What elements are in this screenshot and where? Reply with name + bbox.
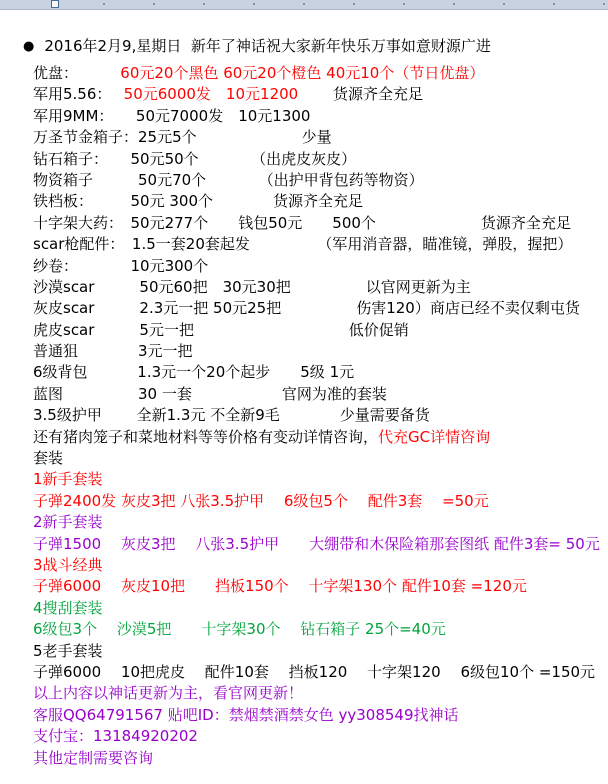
price-line: 军用5.56： 50元6000发 10元1200 货源齐全充足: [33, 84, 608, 105]
price-line: 虎皮scar 5元一把 低价促销: [33, 320, 608, 341]
text-segment: 50元6000发 10元1200: [124, 85, 299, 103]
text-segment: 套装: [33, 449, 63, 467]
text-segment: 客服QQ64791567 贴吧ID：禁烟禁酒禁女色 yy308549找神话: [33, 706, 459, 724]
text-segment: 货源齐全充足: [298, 85, 423, 103]
price-line: 优盘： 60元20个黑色 60元20个橙色 40元10个（节日优盘）: [33, 63, 608, 84]
text-segment: 1新手套装: [33, 470, 103, 488]
date-text: 2016年2月9,星期日 新年了神话祝大家新年快乐万事如意财源广进: [44, 37, 491, 55]
text-segment: 3战斗经典: [33, 556, 103, 574]
price-line: 子弹2400发 灰皮3把 八张3.5护甲 6级包5个 配件3套 =50元: [33, 491, 608, 512]
price-line: 6级背包 1.3元一个20个起步 5级 1元: [33, 362, 608, 383]
price-line: 蓝图 30 一套 官网为准的套装: [33, 384, 608, 405]
text-segment: 还有猪肉笼子和菜地材料等等价格有变动详情咨询，: [33, 428, 378, 446]
price-line: 3.5级护甲 全新1.3元 不全新9毛 少量需要备货: [33, 405, 608, 426]
text-segment: 铁档板： 50元 300个 货源齐全充足: [33, 192, 363, 210]
text-segment: 3.5级护甲 全新1.3元 不全新9毛 少量需要备货: [33, 406, 430, 424]
text-segment: 2新手套装: [33, 513, 103, 531]
price-line: 灰皮scar 2.3元一把 50元25把 伤害120）商店已经不卖仅剩屯货: [33, 298, 608, 319]
text-segment: 十字架大药： 50元277个 钱包50元 500个 货源齐全充足: [33, 214, 571, 232]
price-line: 子弹6000 灰皮10把 挡板150个 十字架130个 配件10套 =120元: [33, 576, 608, 597]
text-segment: 5老手套装: [33, 642, 103, 660]
price-line: 子弹6000 10把虎皮 配件10套 挡板120 十字架120 6级包10个 =…: [33, 662, 608, 683]
text-segment: 物资箱子 50元70个 （出护甲背包药等物资）: [33, 171, 424, 189]
price-line: 钻石箱子： 50元50个 （出虎皮灰皮）: [33, 149, 608, 170]
price-line: 还有猪肉笼子和菜地材料等等价格有变动详情咨询，代充GC详情咨询: [33, 427, 608, 448]
price-line: 支付宝：13184920202: [33, 726, 608, 747]
price-line: 4搜刮套装: [33, 598, 608, 619]
text-segment: 万圣节金箱子：25元5个 少量: [33, 128, 332, 146]
text-segment: 代充GC详情咨询: [378, 428, 490, 446]
price-line: 万圣节金箱子：25元5个 少量: [33, 127, 608, 148]
text-segment: 蓝图 30 一套 官网为准的套装: [33, 385, 387, 403]
price-line: 套装: [33, 448, 608, 469]
price-line: 2新手套装: [33, 512, 608, 533]
price-line: 客服QQ64791567 贴吧ID：禁烟禁酒禁女色 yy308549找神话: [33, 705, 608, 726]
price-line: 军用9MM： 50元7000发 10元1300: [33, 106, 608, 127]
text-segment: 虎皮scar 5元一把 低价促销: [33, 321, 409, 339]
price-line: 1新手套装: [33, 469, 608, 490]
text-segment: 普通狙 3元一把: [33, 342, 193, 360]
price-line: 纱卷： 10元300个: [33, 256, 608, 277]
text-segment: 支付宝：13184920202: [33, 727, 198, 745]
price-line: scar枪配件： 1.5一套20套起发 （军用消音器，瞄准镜，弹股，握把）: [33, 234, 608, 255]
bullet-icon: ●: [23, 34, 34, 59]
text-segment: 其他定制需要咨询: [33, 749, 153, 767]
text-segment: 以上内容以神话更新为主，看官网更新！: [33, 684, 303, 702]
text-segment: 灰皮scar 2.3元一把 50元25把 伤害120）商店已经不卖仅剩屯货: [33, 299, 580, 317]
text-segment: 子弹1500 灰皮3把 八张3.5护甲 大绷带和木保险箱那套图纸 配件3套= 5…: [33, 535, 600, 553]
text-segment: 6级背包 1.3元一个20个起步 5级 1元: [33, 363, 354, 381]
text-segment: 沙漠scar 50元60把 30元30把 以官网更新为主: [33, 278, 471, 296]
date-line: ●2016年2月9,星期日 新年了神话祝大家新年快乐万事如意财源广进: [33, 34, 608, 59]
price-line: 十字架大药： 50元277个 钱包50元 500个 货源齐全充足: [33, 213, 608, 234]
price-line: 6级包3个 沙漠5把 十字架30个 钻石箱子 25个=40元: [33, 619, 608, 640]
text-segment: 子弹6000 灰皮10把 挡板150个 十字架130个 配件10套 =120元: [33, 577, 527, 595]
text-segment: scar枪配件： 1.5一套20套起发 （军用消音器，瞄准镜，弹股，握把）: [33, 235, 572, 253]
text-segment: 纱卷： 10元300个: [33, 257, 208, 275]
price-line: 以上内容以神话更新为主，看官网更新！: [33, 683, 608, 704]
price-line: 普通狙 3元一把: [33, 341, 608, 362]
price-line: 3战斗经典: [33, 555, 608, 576]
text-segment: 军用9MM： 50元7000发 10元1300: [33, 107, 310, 125]
ruler-ticks: [5, 3, 608, 5]
text-segment: 6级包3个 沙漠5把 十字架30个 钻石箱子 25个=40元: [33, 620, 446, 638]
price-line: 物资箱子 50元70个 （出护甲背包药等物资）: [33, 170, 608, 191]
price-line: 铁档板： 50元 300个 货源齐全充足: [33, 191, 608, 212]
text-segment: 子弹6000 10把虎皮 配件10套 挡板120 十字架120 6级包10个 =…: [33, 663, 595, 681]
indent-marker-icon[interactable]: [51, 0, 59, 8]
price-line: 5老手套装: [33, 641, 608, 662]
text-segment: 优盘：: [33, 64, 120, 82]
text-segment: 60元20个黑色 60元20个橙色 40元10个（节日优盘）: [120, 64, 484, 82]
price-line: 沙漠scar 50元60把 30元30把 以官网更新为主: [33, 277, 608, 298]
text-segment: 军用5.56：: [33, 85, 124, 103]
ruler-bar: [0, 0, 608, 10]
text-segment: 钻石箱子： 50元50个 （出虎皮灰皮）: [33, 150, 356, 168]
document-body: ●2016年2月9,星期日 新年了神话祝大家新年快乐万事如意财源广进 优盘： 6…: [0, 10, 608, 769]
price-line: 子弹1500 灰皮3把 八张3.5护甲 大绷带和木保险箱那套图纸 配件3套= 5…: [33, 534, 608, 555]
price-line: 其他定制需要咨询: [33, 748, 608, 769]
text-segment: 4搜刮套装: [33, 599, 103, 617]
text-segment: 子弹2400发 灰皮3把 八张3.5护甲 6级包5个 配件3套 =50元: [33, 492, 489, 510]
price-lines: 优盘： 60元20个黑色 60元20个橙色 40元10个（节日优盘）军用5.56…: [33, 63, 608, 769]
